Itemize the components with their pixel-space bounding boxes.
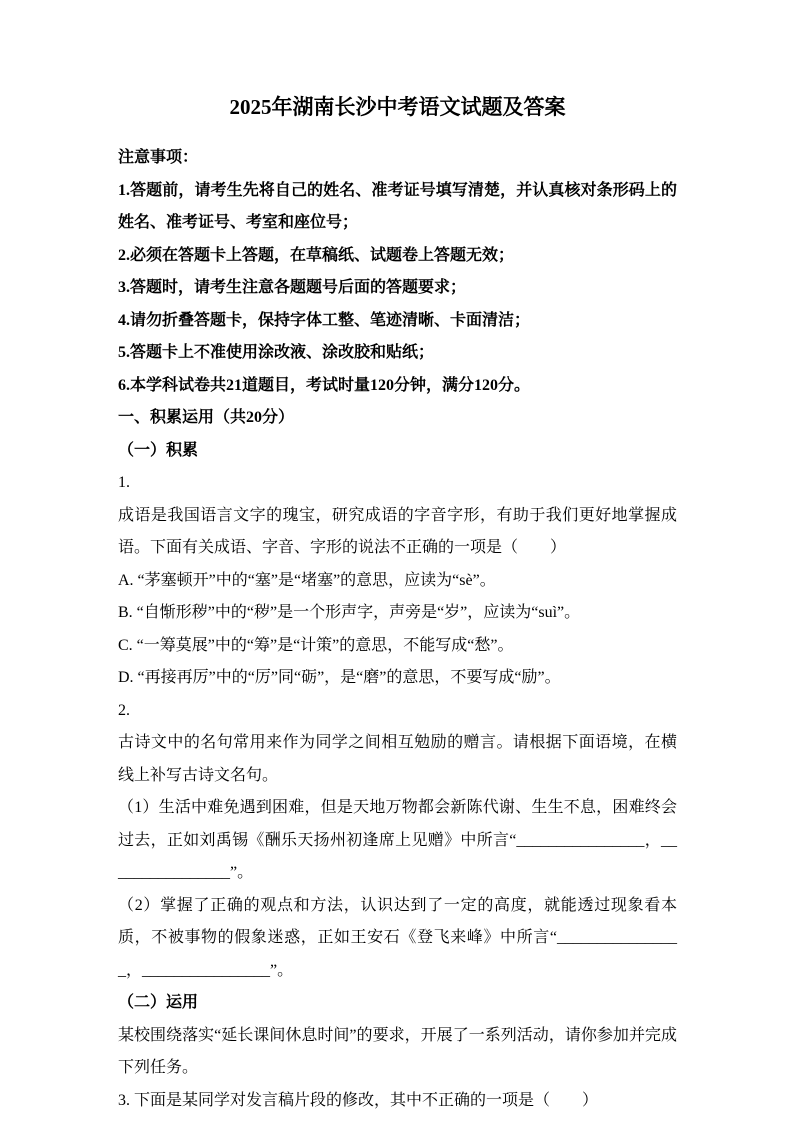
- question-1-option-c: C. “一筹莫展”中的“筹”是“计策”的意思，不能写成“愁”。: [118, 630, 677, 663]
- part-two-heading: （二）运用: [118, 987, 677, 1020]
- question-1-stem: 成语是我国语言文字的瑰宝，研究成语的字音字形，有助于我们更好地掌握成语。下面有关…: [118, 500, 677, 565]
- question-1-number: 1.: [118, 467, 677, 500]
- notice-item-1: 1.答题前，请考生先将自己的姓名、准考证号填写清楚，并认真核对条形码上的姓名、准…: [118, 175, 677, 240]
- notice-item-2: 2.必须在答题卡上答题，在草稿纸、试题卷上答题无效；: [118, 240, 677, 273]
- notice-heading: 注意事项：: [118, 142, 677, 175]
- question-2-part-2: （2）掌握了正确的观点和方法，认识达到了一定的高度，就能透过现象看本质，不被事物…: [118, 890, 677, 988]
- question-2-number: 2.: [118, 695, 677, 728]
- section-one-heading: 一、积累运用（共20分）: [118, 402, 677, 435]
- question-1-option-b: B. “自惭形秽”中的“秽”是一个形声字，声旁是“岁”，应读为“suì”。: [118, 597, 677, 630]
- exam-paper: 2025年湖南长沙中考语文试题及答案 注意事项： 1.答题前，请考生先将自己的姓…: [0, 0, 794, 1123]
- question-2-stem: 古诗文中的名句常用来作为同学之间相互勉励的赠言。请根据下面语境，在横线上补写古诗…: [118, 727, 677, 792]
- question-2-part-1: （1）生活中难免遇到困难，但是天地万物都会新陈代谢、生生不息，困难终会过去，正如…: [118, 792, 677, 890]
- part-two-intro: 某校围绕落实“延长课间休息时间”的要求，开展了一系列活动，请你参加并完成下列任务…: [118, 1020, 677, 1085]
- question-1-option-a: A. “茅塞顿开”中的“塞”是“堵塞”的意思，应读为“sè”。: [118, 565, 677, 598]
- page-title: 2025年湖南长沙中考语文试题及答案: [118, 86, 677, 128]
- notice-item-5: 5.答题卡上不准使用涂改液、涂改胶和贴纸；: [118, 337, 677, 370]
- notice-item-3: 3.答题时，请考生注意各题题号后面的答题要求；: [118, 272, 677, 305]
- question-1-option-d: D. “再接再厉”中的“厉”同“砺”，是“磨”的意思，不要写成“励”。: [118, 662, 677, 695]
- question-3-stem: 3. 下面是某同学对发言稿片段的修改，其中不正确的一项是（ ）: [118, 1085, 677, 1118]
- notice-item-4: 4.请勿折叠答题卡，保持字体工整、笔迹清晰、卡面清洁；: [118, 305, 677, 338]
- part-one-heading: （一）积累: [118, 435, 677, 468]
- notice-item-6: 6.本学科试卷共21道题目，考试时量120分钟，满分120分。: [118, 370, 677, 403]
